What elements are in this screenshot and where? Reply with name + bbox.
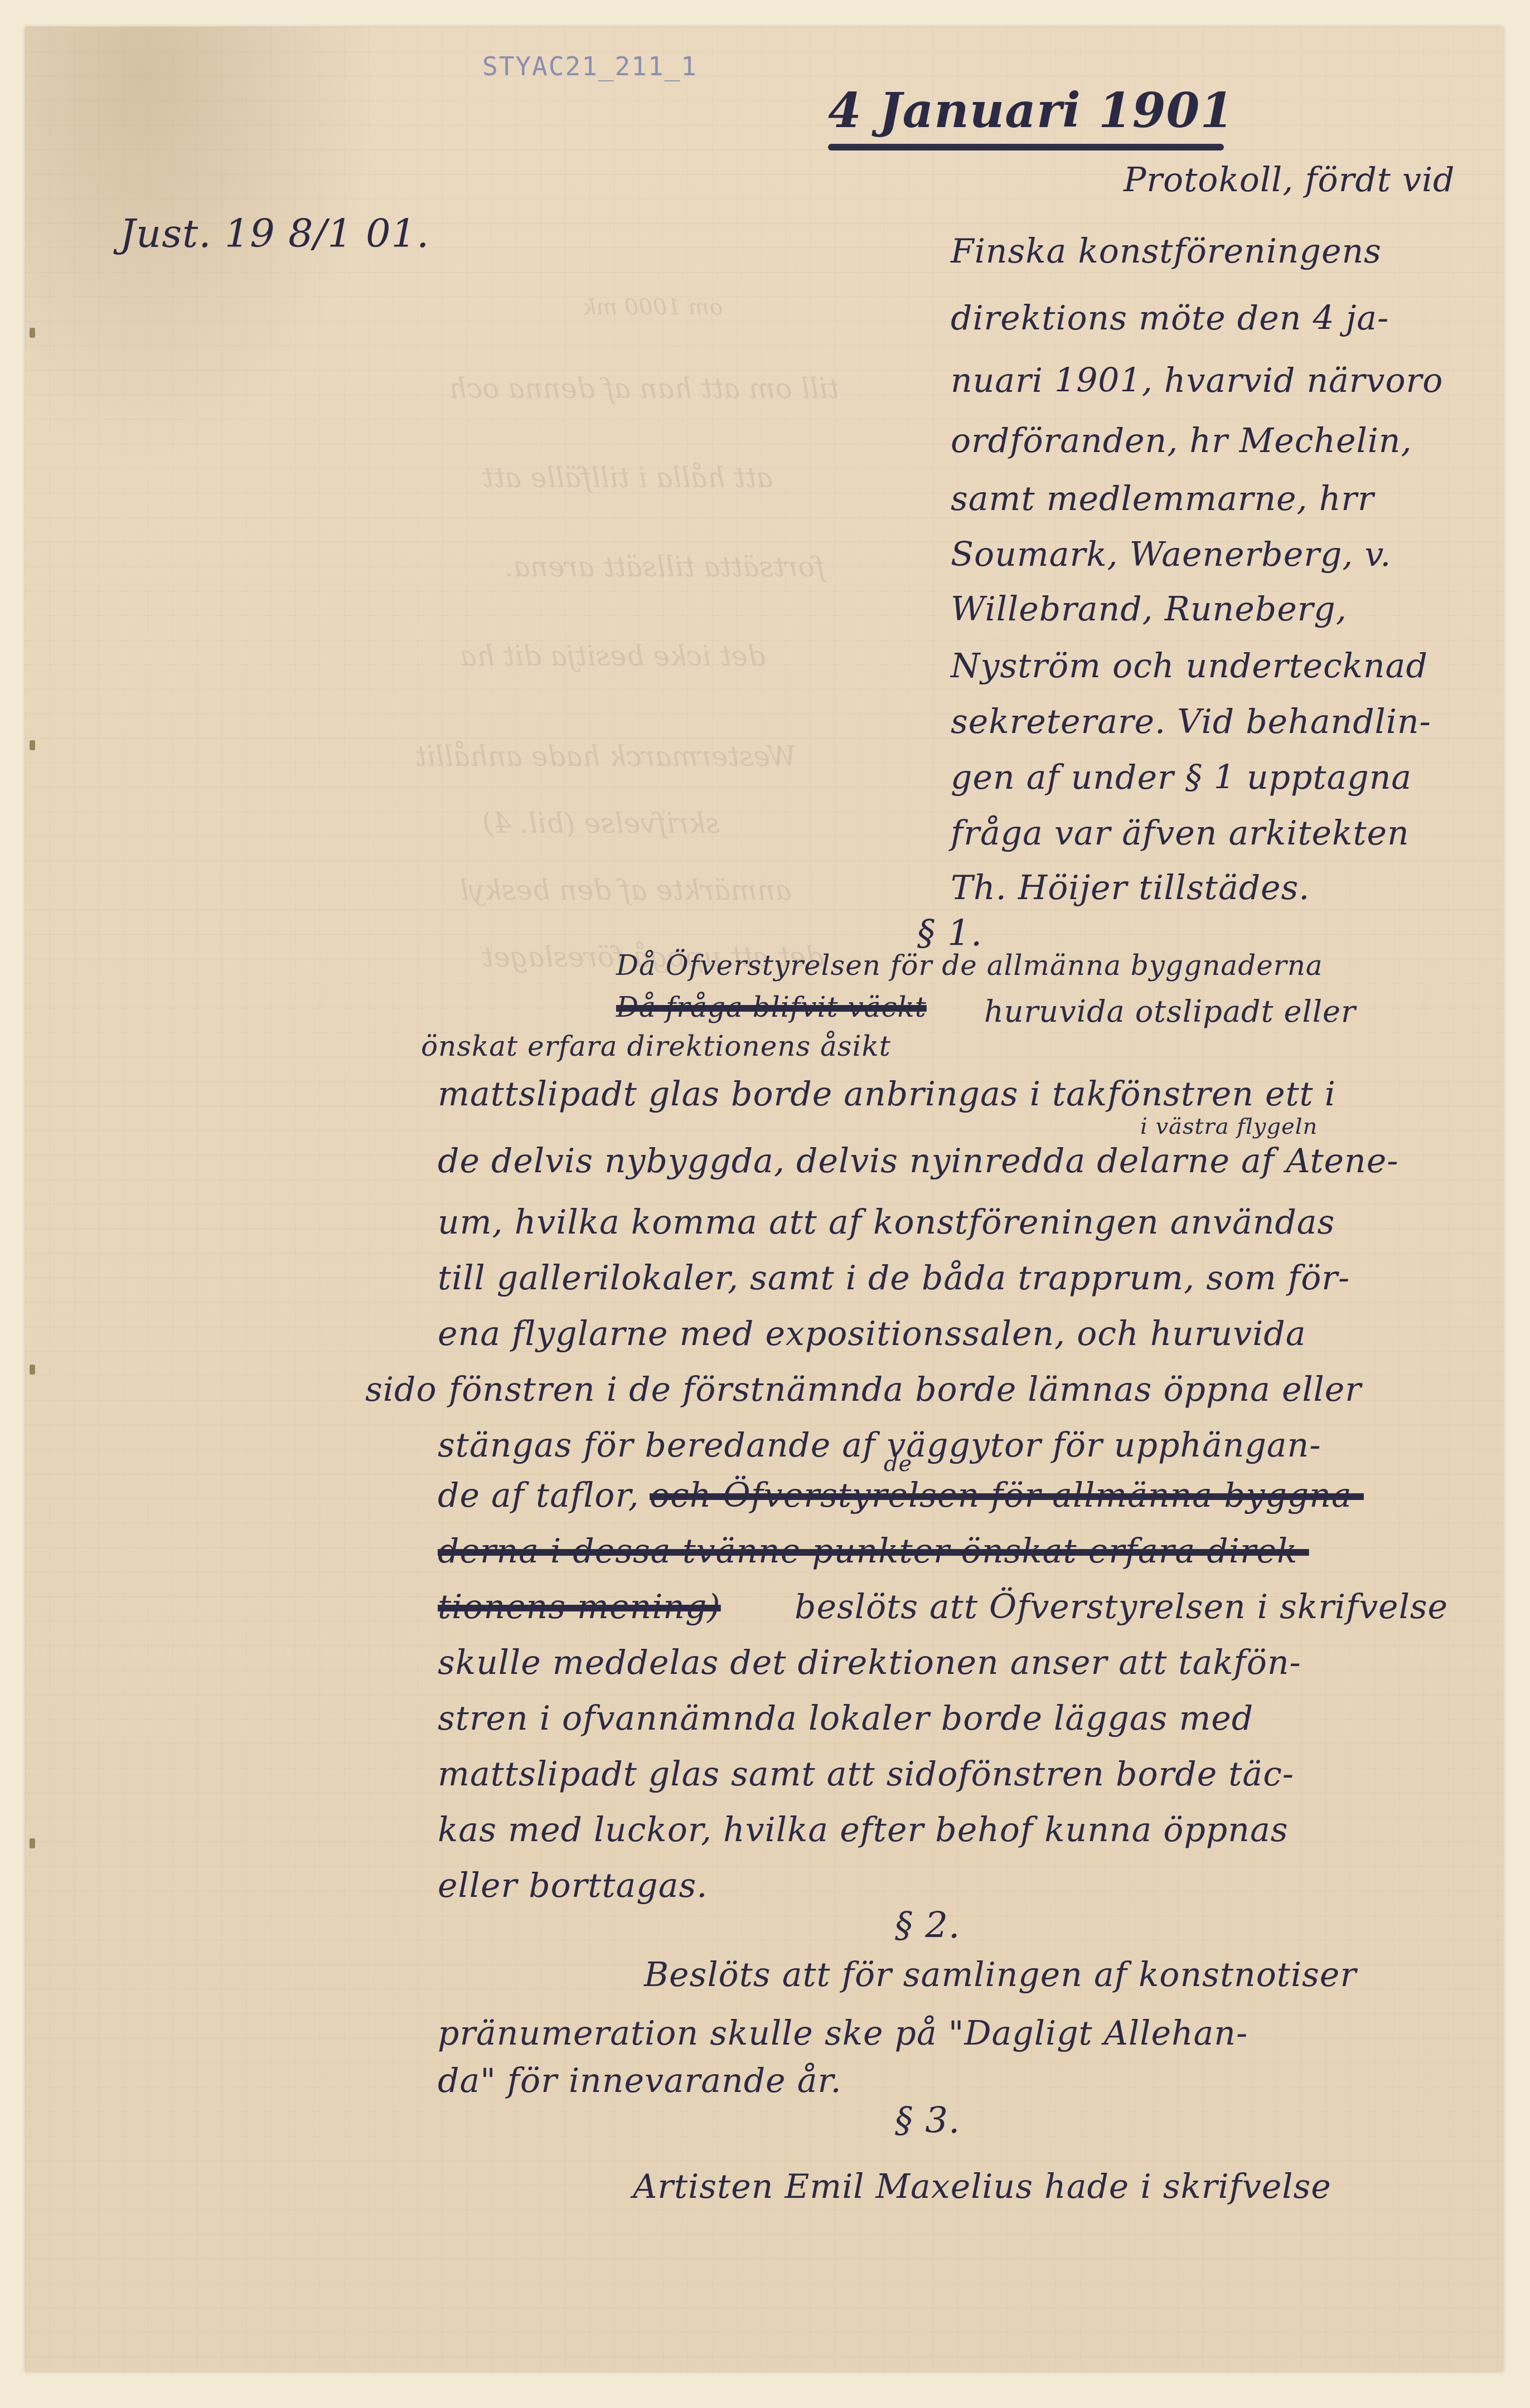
sub-insert: i västra flygeln xyxy=(1140,1114,1318,1139)
intro-line: Willebrand, Runeberg, xyxy=(951,590,1347,629)
intro-line: samt medlemmarne, hrr xyxy=(951,479,1374,518)
section1-line: till gallerilokaler, samt i de båda trap… xyxy=(438,1259,1350,1298)
section1-line: mattslipadt glas borde anbringas i takfö… xyxy=(438,1075,1336,1114)
section1-line: de af taflor, xyxy=(438,1476,640,1515)
bleed-through-text: anmärkte af den beskyl xyxy=(460,874,792,906)
manuscript-page: om 1000 mk till om att han af denna och … xyxy=(25,27,1503,2372)
date-underline xyxy=(828,144,1224,151)
section1-line: fönstren i de förstnämnda borde lämnas ö… xyxy=(449,1370,1362,1409)
intro-line: direktions möte den 4 ja- xyxy=(951,299,1389,338)
insert-above: Då Öfverstyrelsen för de allmänna byggna… xyxy=(616,949,1323,982)
insert-below: önskat erfara direktionens åsikt xyxy=(421,1030,891,1062)
section-mark: § 3. xyxy=(895,2100,960,2142)
section2-line: pränumeration skulle ske på "Dagligt All… xyxy=(438,2014,1248,2053)
intro-line: Finska konstföreningens xyxy=(951,232,1382,271)
section-mark: § 2. xyxy=(895,1905,960,1946)
binding-hole xyxy=(30,328,35,338)
date-heading: 4 Januari 1901 xyxy=(828,82,1234,139)
intro-line: sekreterare. Vid behandlin- xyxy=(951,702,1431,741)
section1-line: ena flyglarne med expositionssalen, och … xyxy=(438,1314,1306,1353)
section2-line: da" för innevarande år. xyxy=(438,2061,842,2100)
section1-line: skulle meddelas det direktionen anser at… xyxy=(438,1643,1301,1682)
binding-hole xyxy=(30,1838,35,1848)
section1-line: kas med luckor, hvilka efter behof kunna… xyxy=(438,1810,1288,1849)
section3-line: Artisten Emil Maxelius hade i skrifvelse xyxy=(633,2167,1332,2206)
intro-line: Th. Höijer tillstädes. xyxy=(951,868,1310,907)
section1-line: um, hvilka komma att af konstföreningen … xyxy=(438,1203,1335,1242)
bleed-through-text: Westermarck hade anhållit xyxy=(415,740,796,773)
struck-text: och Öfverstyrelsen för allmänna byggna- xyxy=(650,1476,1364,1515)
intro-line: fråga var äfven arkitekten xyxy=(951,814,1410,853)
bleed-through-text: att hålla i tillfälle att xyxy=(482,462,773,494)
struck-text: derna i dessa tvänne punkter önskat erfa… xyxy=(438,1532,1309,1571)
intro-line: nuari 1901, hvarvid närvoro xyxy=(951,361,1443,400)
intro-line: ordföranden, hr Mechelin, xyxy=(951,421,1412,460)
margin-prefix: sido xyxy=(365,1370,437,1409)
intro-line: Protokoll, fördt vid xyxy=(1124,161,1455,200)
bracket-text: huruvida otslipadt eller xyxy=(984,994,1356,1029)
struck-text: tionens mening) xyxy=(438,1587,721,1627)
struck-text: Då fråga blifvit väckt xyxy=(616,991,927,1023)
bleed-through-text: skrifvelse (bil. 4) xyxy=(482,807,720,839)
bleed-through-text: till om att han af denna och xyxy=(449,372,839,405)
intro-line: Nyström och undertecknad xyxy=(951,647,1428,686)
sub-insert: de xyxy=(884,1451,912,1477)
bleed-through-text: det icke besitja dit ha xyxy=(460,640,766,672)
section1-line: stängas för beredande af väggytor för up… xyxy=(438,1426,1321,1465)
bleed-through-text: fortsätta tillsätt arena. xyxy=(505,551,825,583)
intro-line: gen af under § 1 upptagna xyxy=(951,758,1412,797)
section1-line: eller borttagas. xyxy=(438,1866,708,1905)
archive-stamp: STYAC21_211_1 xyxy=(482,51,698,81)
bleed-through-text: om 1000 mk xyxy=(583,294,723,320)
section1-line: mattslipadt glas samt att sidofönstren b… xyxy=(438,1755,1294,1794)
section1-line: beslöts att Öfverstyrelsen i skrifvelse xyxy=(795,1587,1448,1627)
section-mark: § 1. xyxy=(917,913,982,954)
binding-hole xyxy=(30,740,35,750)
section1-line: stren i ofvannämnda lokaler borde läggas… xyxy=(438,1699,1253,1738)
binding-hole xyxy=(30,1365,35,1375)
section2-line: Beslöts att för samlingen af konstnotise… xyxy=(644,1955,1357,1994)
section1-line: de delvis nybyggda, delvis nyinredda del… xyxy=(438,1142,1398,1181)
intro-line: Soumark, Waenerberg, v. xyxy=(951,535,1391,574)
margin-note: Just. 19 8/1 01. xyxy=(120,211,429,256)
